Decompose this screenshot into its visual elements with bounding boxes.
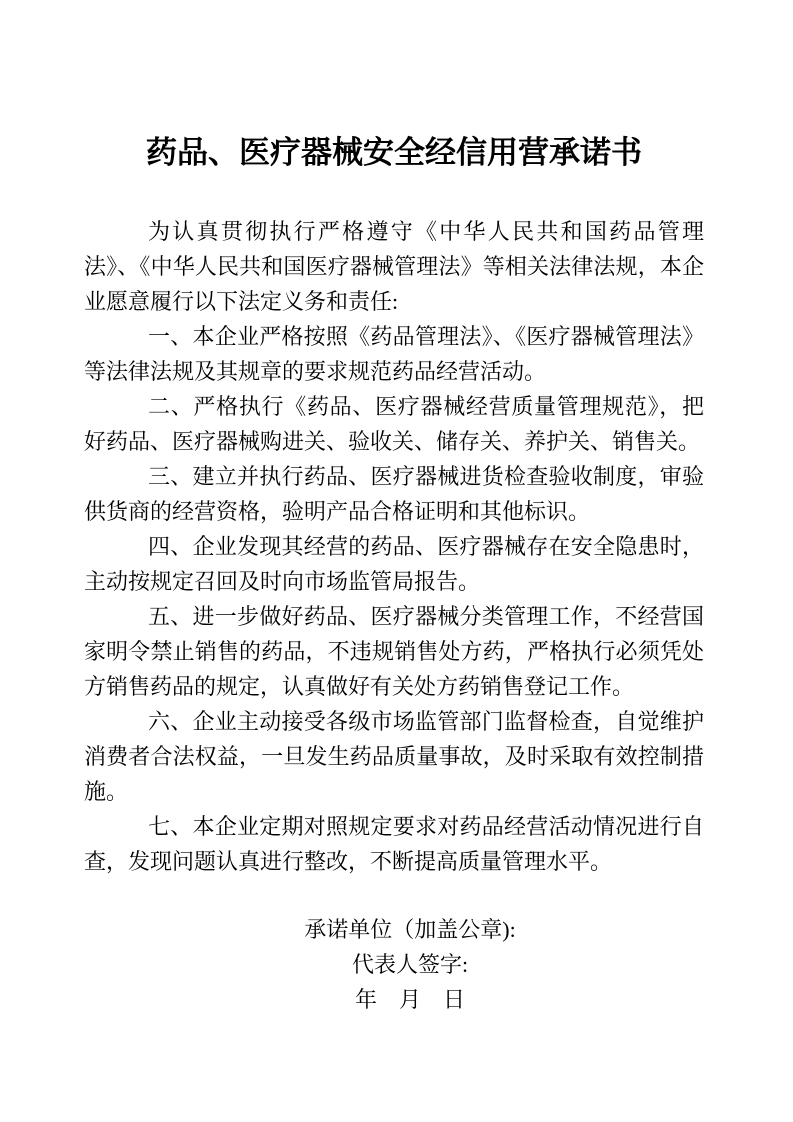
commitment-item: 五、进一步做好药品、医疗器械分类管理工作，不经营国家明令禁止销售的药品，不违规销… [84,599,704,704]
commitment-item: 三、建立并执行药品、医疗器械进货检查验收制度，审验供货商的经营资格，验明产品合格… [84,459,704,529]
document-page: 药品、医疗器械安全经信用营承诺书 为认真贯彻执行严格遵守《中华人民共和国药品管理… [0,0,793,1122]
signature-unit-line: 承诺单位（加盖公章): [100,912,720,947]
commitment-item: 四、企业发现其经营的药品、医疗器械存在安全隐患时，主动按规定召回及时向市场监管局… [84,529,704,599]
commitment-list: 一、本企业严格按照《药品管理法》、《医疗器械管理法》等法律法规及其规章的要求规范… [84,319,704,879]
signature-date-line: 年 月 日 [100,982,720,1017]
document-title: 药品、医疗器械安全经信用营承诺书 [84,132,704,174]
commitment-item: 一、本企业严格按照《药品管理法》、《医疗器械管理法》等法律法规及其规章的要求规范… [84,319,704,389]
signature-representative-line: 代表人签字: [100,947,720,982]
document-body: 为认真贯彻执行严格遵守《中华人民共和国药品管理法》、《中华人民共和国医疗器械管理… [84,214,704,1017]
commitment-item: 二、严格执行《药品、医疗器械经营质量管理规范》，把好药品、医疗器械购进关、验收关… [84,389,704,459]
commitment-item: 七、本企业定期对照规定要求对药品经营活动情况进行自查，发现问题认真进行整改，不断… [84,809,704,879]
signature-block: 承诺单位（加盖公章): 代表人签字: 年 月 日 [100,912,720,1017]
intro-paragraph: 为认真贯彻执行严格遵守《中华人民共和国药品管理法》、《中华人民共和国医疗器械管理… [84,214,704,319]
commitment-item: 六、企业主动接受各级市场监管部门监督检查，自觉维护消费者合法权益，一旦发生药品质… [84,704,704,809]
